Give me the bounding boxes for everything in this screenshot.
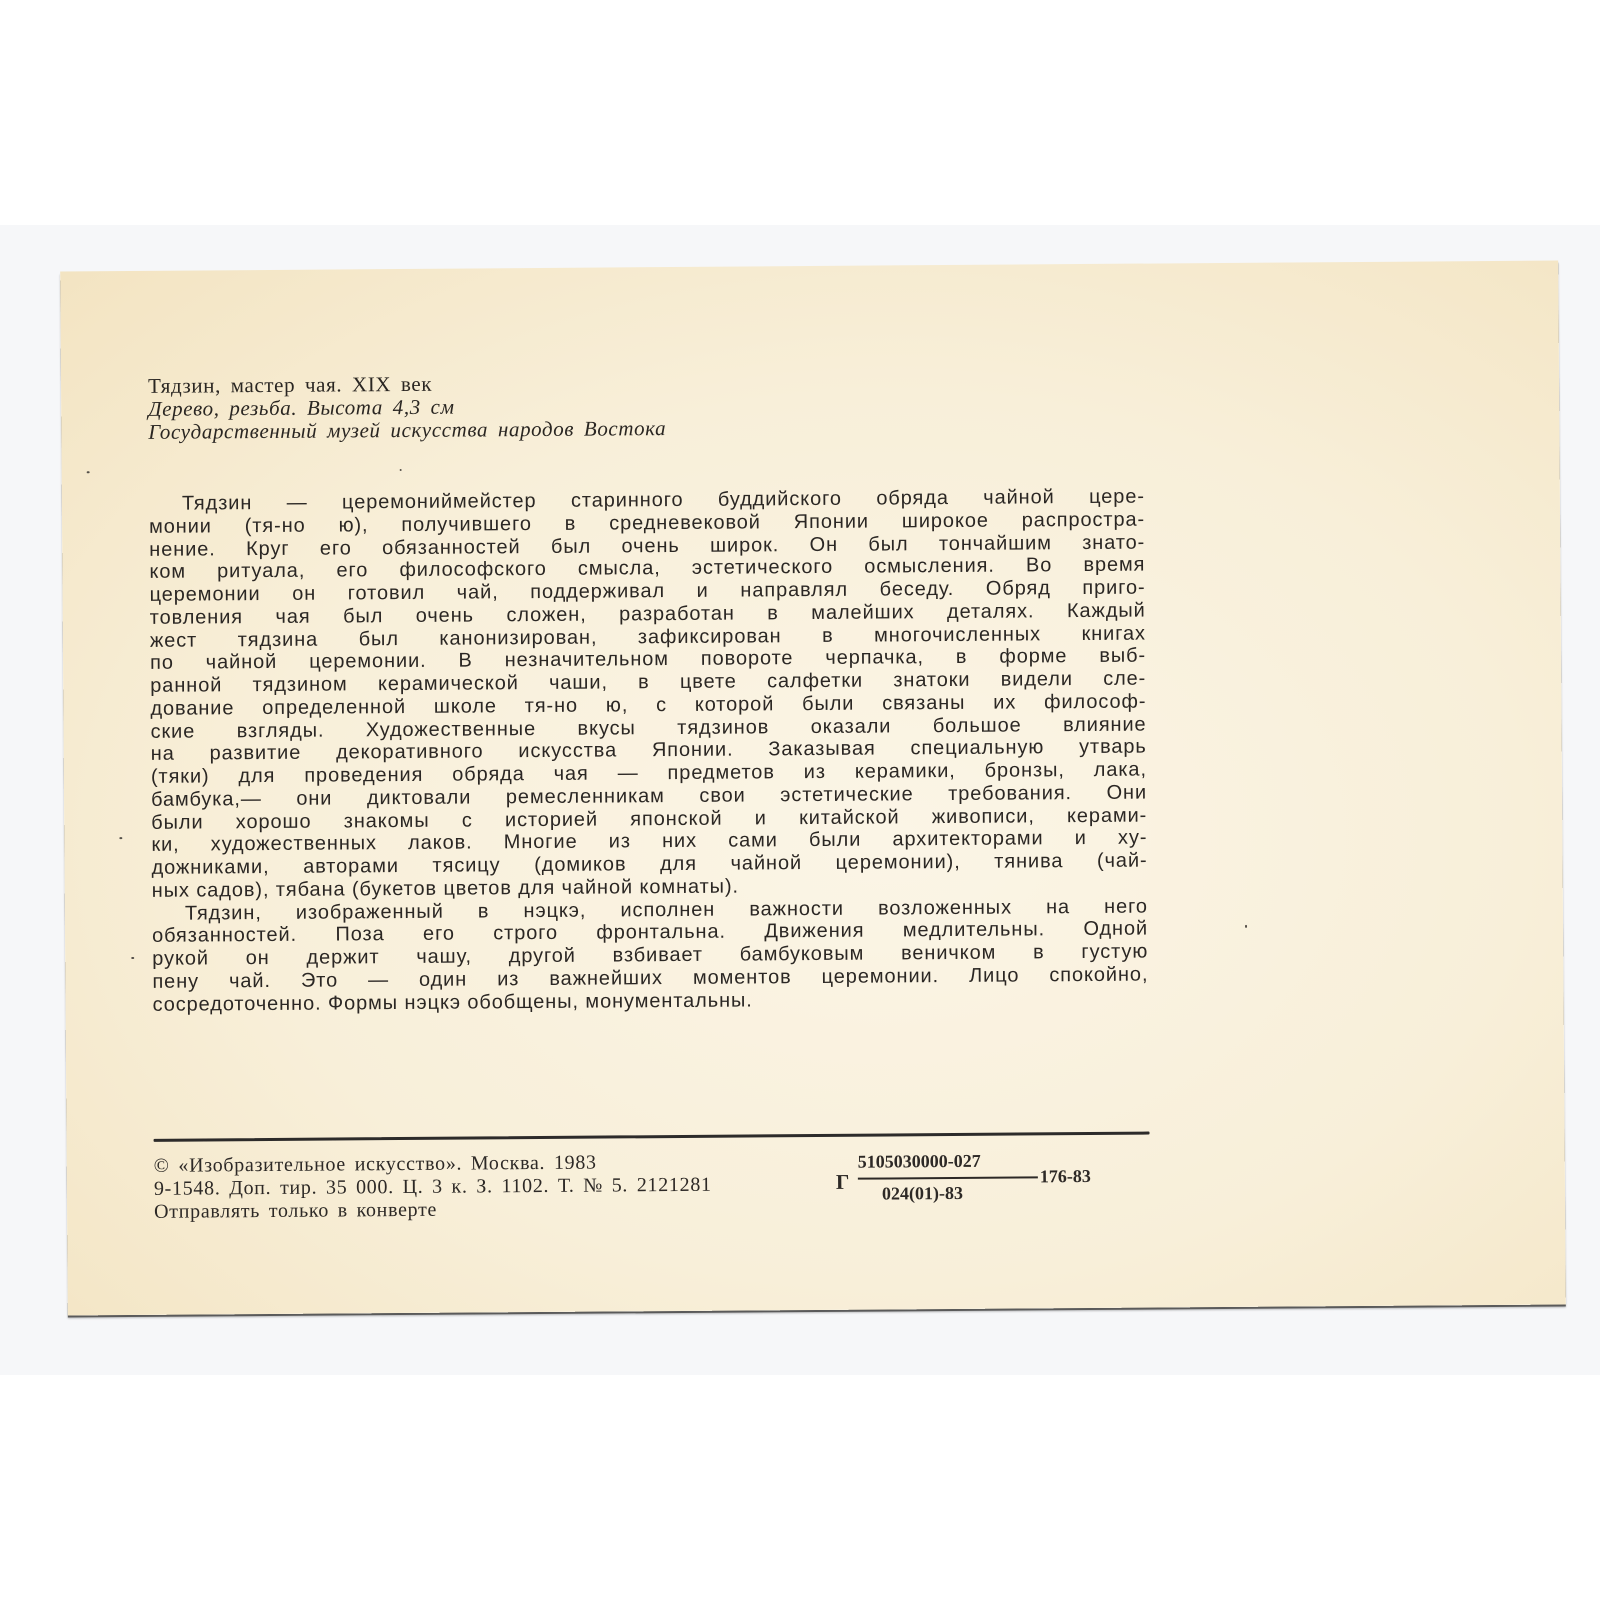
- artwork-caption: Тядзин, мастер чая. XIX век Дерево, резь…: [148, 369, 948, 444]
- paper-speck: [119, 837, 122, 839]
- paper-speck: [400, 469, 402, 471]
- code-suffix: 176-83: [1040, 1166, 1091, 1187]
- paper-speck: [1245, 925, 1247, 928]
- catalog-code: Г 5105030000-027 024(01)-83 176-83: [836, 1149, 1156, 1211]
- code-denominator: 024(01)-83: [882, 1183, 963, 1205]
- artwork-museum: Государственный музей искусства народов …: [148, 415, 948, 444]
- code-numerator: 5105030000-027: [858, 1151, 981, 1173]
- fraction-bar: [858, 1176, 1038, 1179]
- mailing-note: Отправлять только в конверте: [154, 1196, 854, 1224]
- paper-speck: [131, 957, 134, 959]
- divider-rule: [154, 1132, 1150, 1142]
- description-text: Тядзин — церемониймейстер старинного буд…: [149, 486, 1149, 1017]
- publisher-imprint: © «Изобразительное искусство». Москва. 1…: [154, 1150, 854, 1224]
- paper-speck: [87, 471, 90, 473]
- code-letter: Г: [836, 1170, 850, 1195]
- postcard-back: Тядзин, мастер чая. XIX век Дерево, резь…: [60, 261, 1566, 1316]
